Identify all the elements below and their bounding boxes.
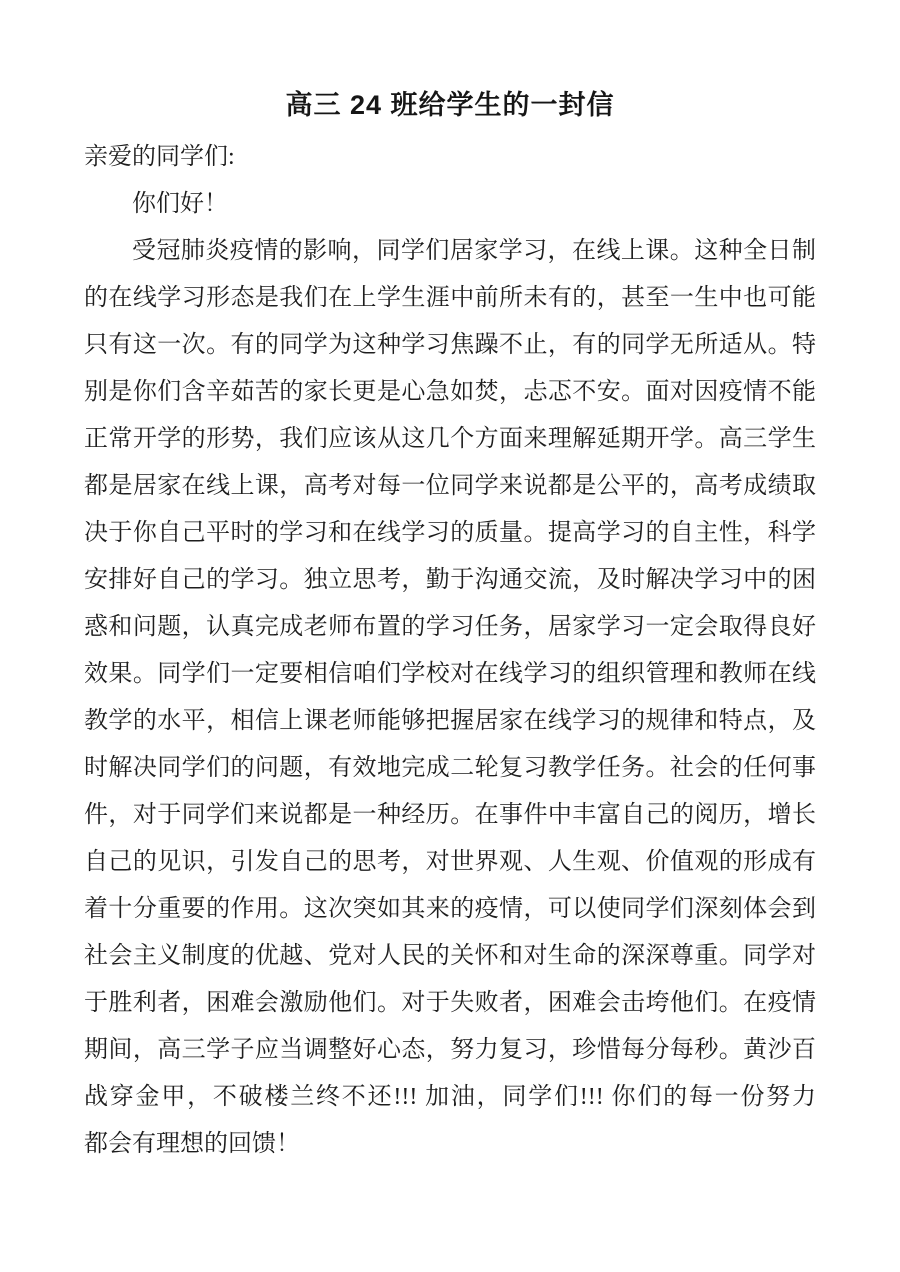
letter-title: 高三 24 班给学生的一封信	[84, 88, 816, 122]
body-line: 效果。同学们一定要相信咱们学校对在线学习的组织管理和教师在线	[84, 651, 816, 698]
body-line: 于胜利者，困难会激励他们。对于失败者，困难会击垮他们。在疫情	[84, 980, 816, 1027]
body-line: 受冠肺炎疫情的影响，同学们居家学习，在线上课。这种全日制	[84, 228, 816, 275]
body-line: 的在线学习形态是我们在上学生涯中前所未有的，甚至一生中也可能	[84, 275, 816, 322]
body-line: 时解决同学们的问题，有效地完成二轮复习教学任务。社会的任何事	[84, 745, 816, 792]
body-line: 自己的见识，引发自己的思考，对世界观、人生观、价值观的形成有	[84, 839, 816, 886]
body-line: 只有这一次。有的同学为这种学习焦躁不止，有的同学无所适从。特	[84, 322, 816, 369]
body-line: 决于你自己平时的学习和在线学习的质量。提高学习的自主性，科学	[84, 510, 816, 557]
body-line: 惑和问题，认真完成老师布置的学习任务，居家学习一定会取得良好	[84, 604, 816, 651]
body-line: 正常开学的形势，我们应该从这几个方面来理解延期开学。高三学生	[84, 416, 816, 463]
body-line: 安排好自己的学习。独立思考，勤于沟通交流，及时解决学习中的困	[84, 557, 816, 604]
body-line: 都是居家在线上课，高考对每一位同学来说都是公平的，高考成绩取	[84, 463, 816, 510]
body-line: 社会主义制度的优越、党对人民的关怀和对生命的深深尊重。同学对	[84, 933, 816, 980]
body-line: 战穿金甲，不破楼兰终不还!!! 加油，同学们!!! 你们的每一份努力	[84, 1074, 816, 1121]
body-line: 期间，高三学子应当调整好心态，努力复习，珍惜每分每秒。黄沙百	[84, 1027, 816, 1074]
body-line: 着十分重要的作用。这次突如其来的疫情，可以使同学们深刻体会到	[84, 886, 816, 933]
salutation-line: 亲爱的同学们:	[84, 134, 816, 181]
greeting-line: 你们好！	[84, 181, 816, 228]
body-line: 别是你们含辛茹苦的家长更是心急如焚，忐忑不安。面对因疫情不能	[84, 369, 816, 416]
body-line: 件，对于同学们来说都是一种经历。在事件中丰富自己的阅历，增长	[84, 792, 816, 839]
body-line: 教学的水平，相信上课老师能够把握居家在线学习的规律和特点，及	[84, 698, 816, 745]
body-line: 都会有理想的回馈！	[84, 1121, 816, 1168]
letter-document: 高三 24 班给学生的一封信 亲爱的同学们: 你们好！ 受冠肺炎疫情的影响，同学…	[0, 0, 900, 1272]
